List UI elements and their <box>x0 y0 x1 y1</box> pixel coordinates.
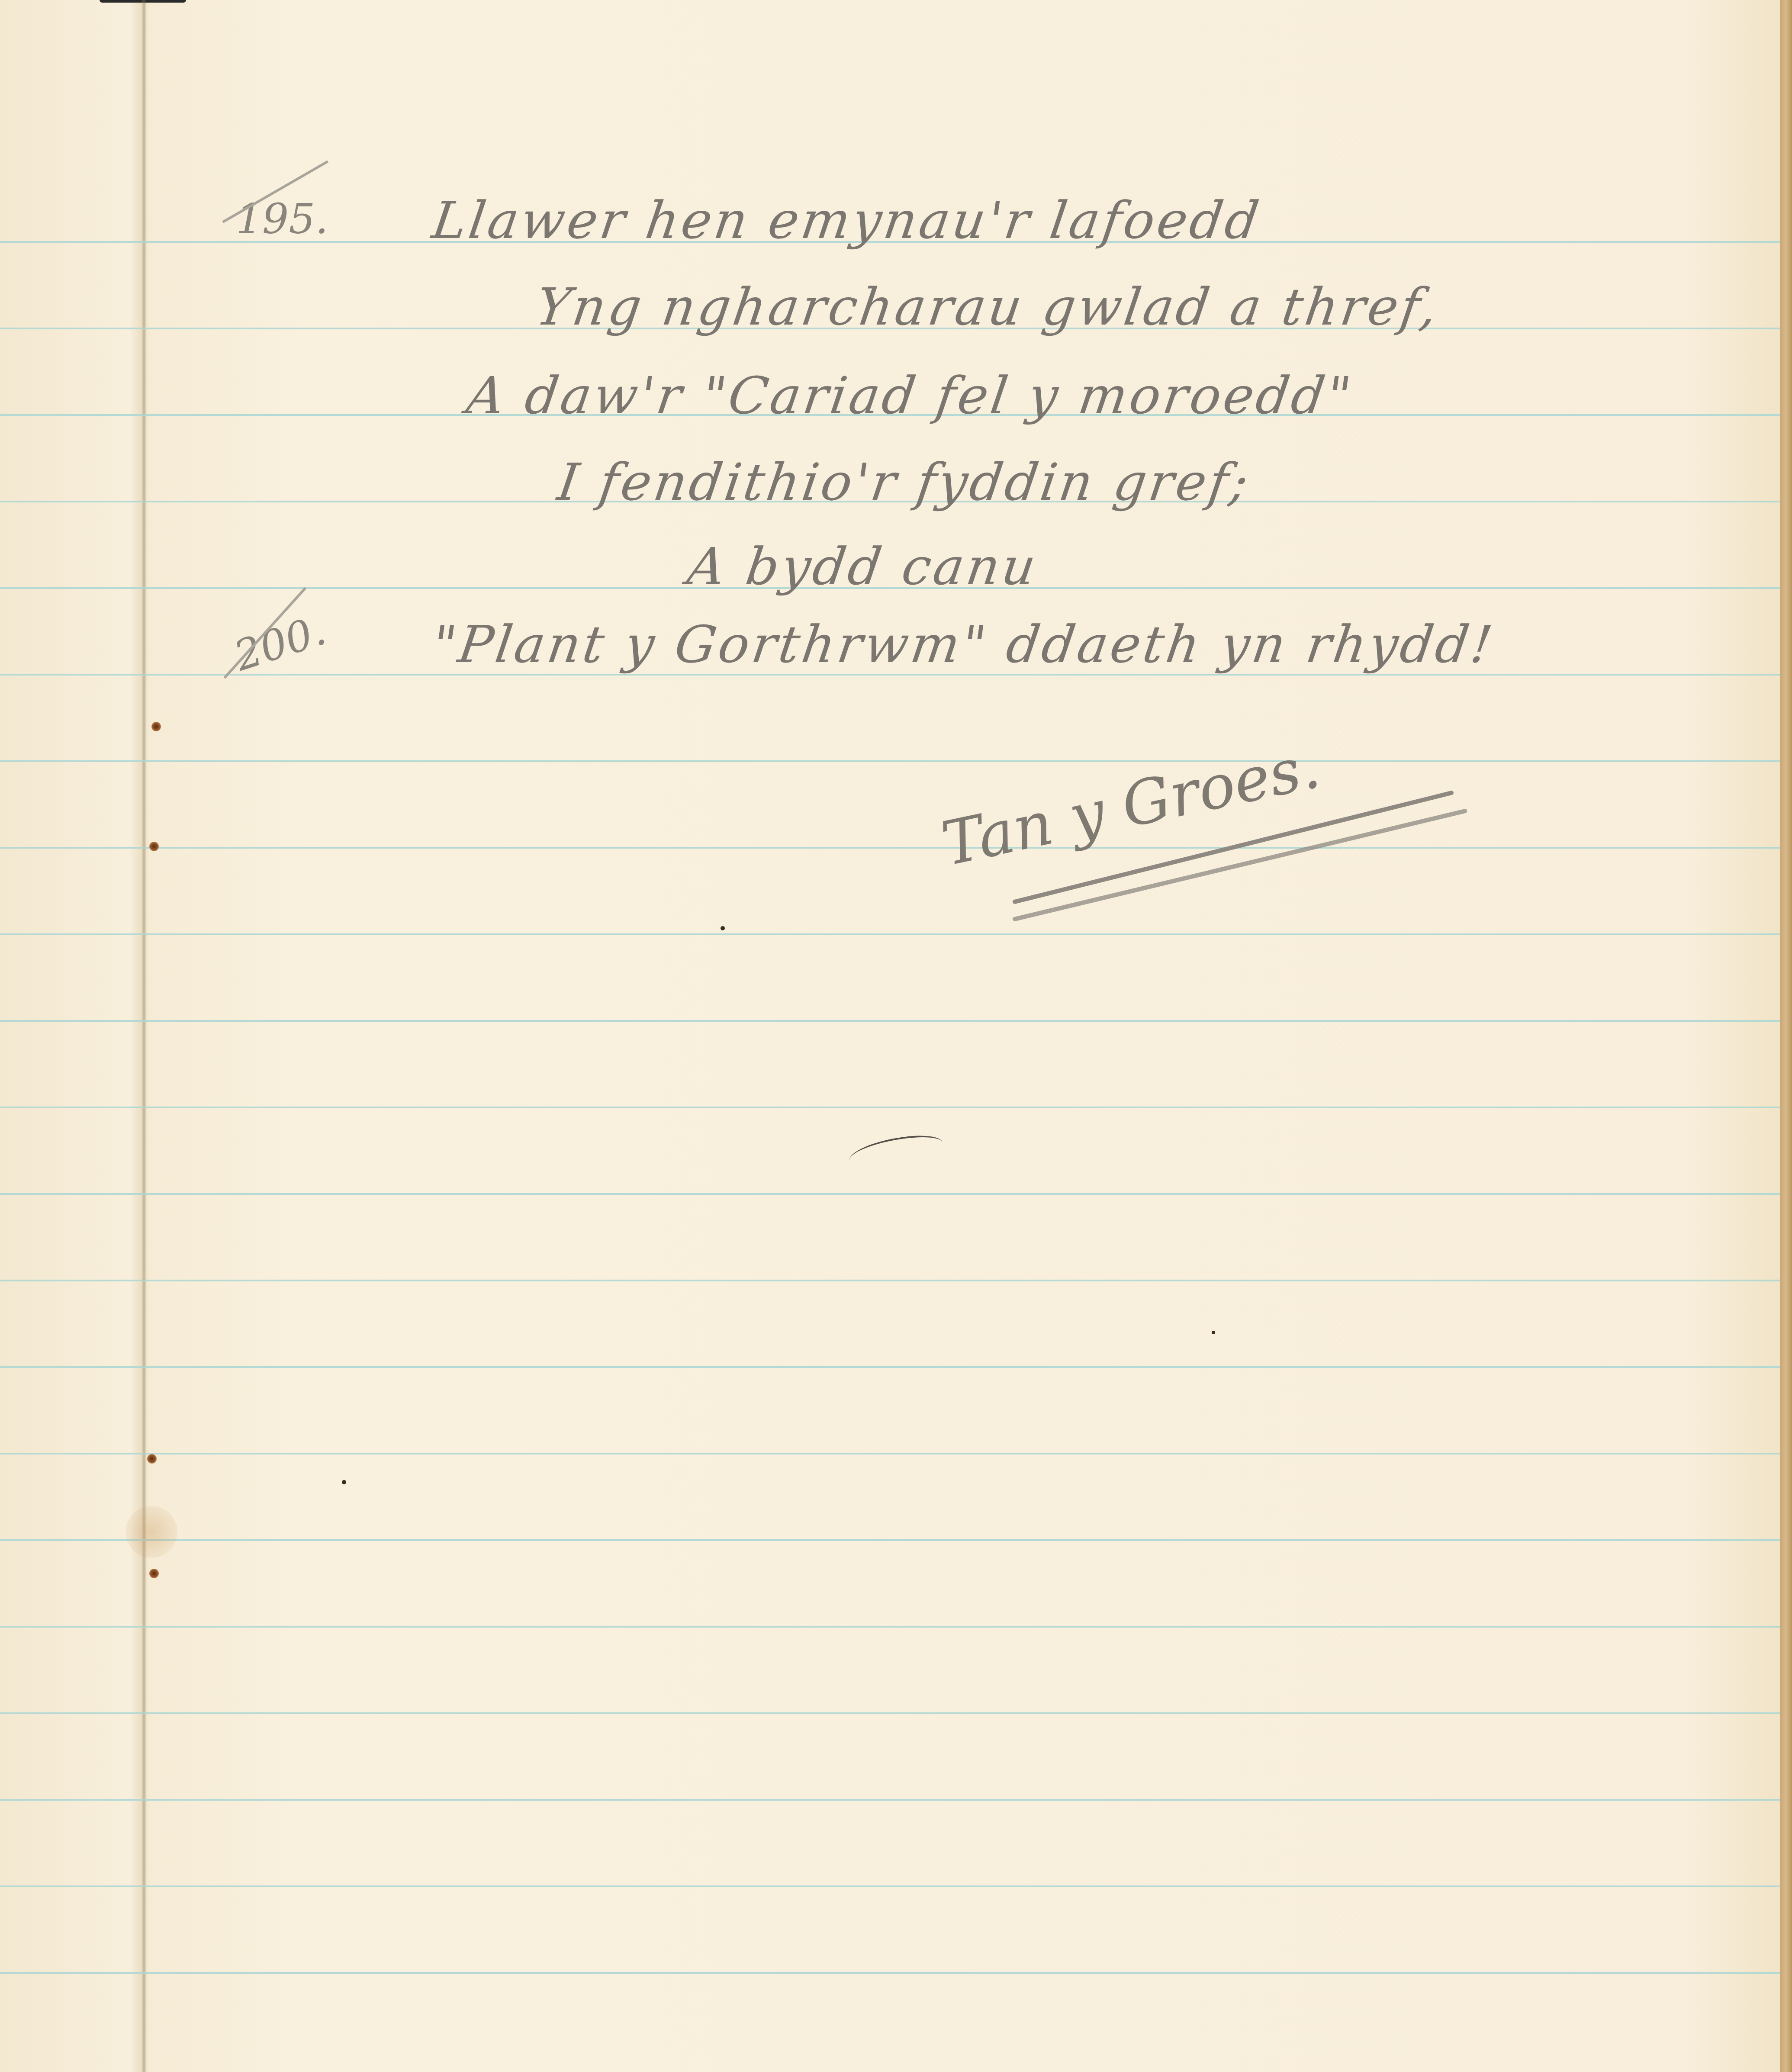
margin-number-200: 200. <box>228 606 331 681</box>
poem-line-4: I fendithio'r fyddin gref; <box>554 452 1255 512</box>
poem-line-5: A bydd canu <box>684 537 1042 596</box>
rust-hole <box>149 1569 159 1578</box>
page-fold <box>142 0 146 2072</box>
margin-number-195: 195. <box>236 195 328 243</box>
poem-line-6: "Plant y Gorthrwm" ddaeth yn rhydd! <box>428 615 1498 674</box>
ruled-line <box>0 1107 1780 1108</box>
ruled-line <box>0 933 1780 935</box>
ink-speck <box>1212 1331 1215 1334</box>
ruled-line <box>0 1193 1780 1195</box>
ruled-line <box>0 1366 1780 1368</box>
ruled-line <box>0 1972 1780 1974</box>
stain <box>125 1506 177 1558</box>
ruled-line <box>0 1020 1780 1022</box>
ink-speck <box>721 926 725 930</box>
ruled-line <box>0 1799 1780 1801</box>
ruled-line <box>0 1626 1780 1628</box>
ruled-line <box>0 1280 1780 1281</box>
ruled-line <box>0 1453 1780 1454</box>
ruled-line <box>0 760 1780 762</box>
pencil-mark <box>847 1132 945 1172</box>
margin-number-text: 195. <box>236 195 328 243</box>
page-edge <box>1780 0 1792 2072</box>
notebook-page: 195. 200. Llawer hen emynau'r lafoedd Yn… <box>0 0 1792 2072</box>
ruled-line <box>0 847 1780 849</box>
rust-hole <box>151 722 161 731</box>
ink-speck <box>342 1480 346 1484</box>
rust-hole <box>149 842 159 851</box>
ruled-line <box>0 1712 1780 1714</box>
rust-hole <box>147 1454 157 1464</box>
poem-line-1: Llawer hen emynau'r lafoedd <box>428 190 1265 250</box>
poem-line-3: A daw'r "Cariad fel y moroedd" <box>463 366 1357 425</box>
ruled-line <box>0 1539 1780 1541</box>
ruled-line <box>0 1885 1780 1887</box>
poem-line-2: Yng ngharcharau gwlad a thref, <box>532 277 1443 337</box>
